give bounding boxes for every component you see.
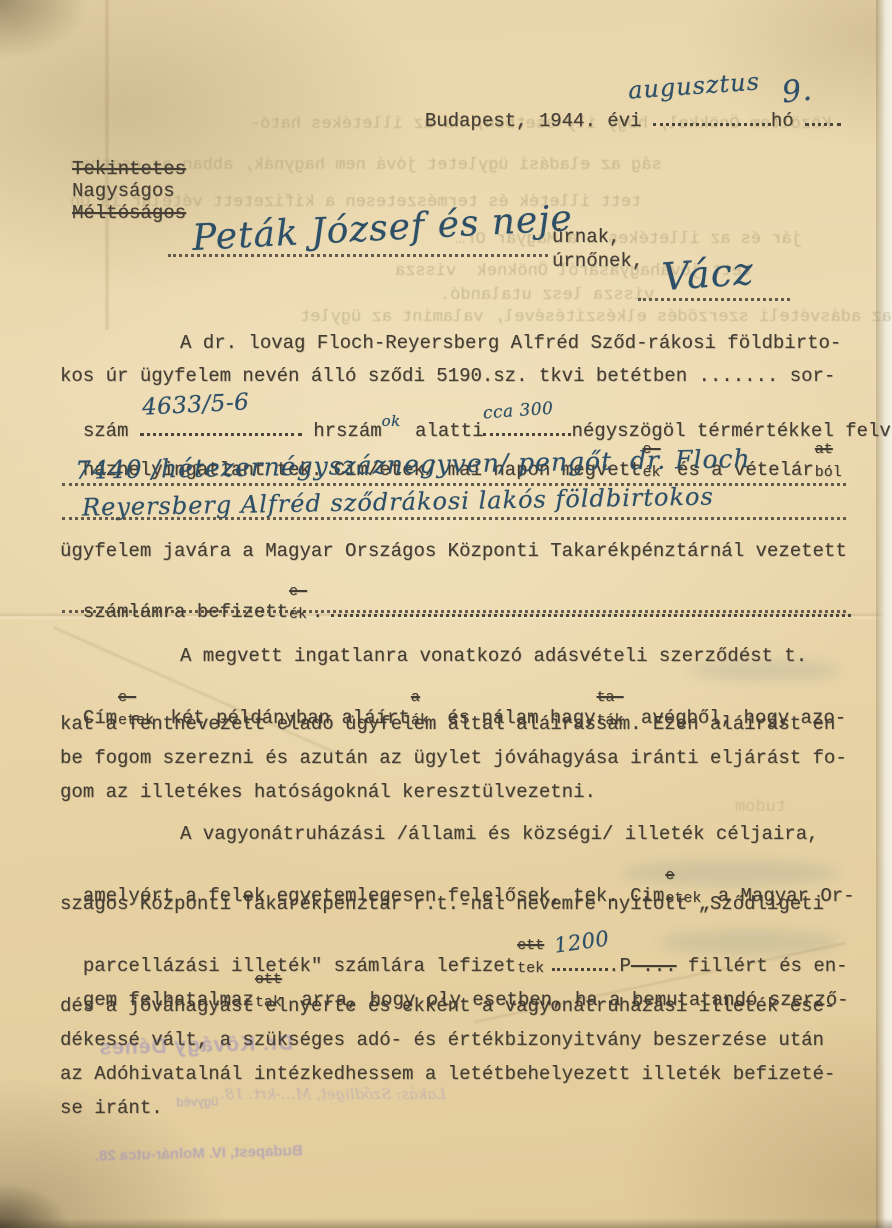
typed-line: dékessé vált, a szükséges adó- és értékb… [60,1029,824,1051]
salutation-nagysagos: Nagyságos [72,180,175,202]
handwritten-amount: 1200 [553,927,611,957]
salutation-tekintetes: Tekintetes [72,158,186,180]
correction-singular: ott [255,972,282,987]
stamp-address: Budapest, IV. Molnár-utca 28. [74,1142,324,1166]
salutation-line: Tekintetes [72,158,186,180]
urnak-label: úrnak, [552,226,620,248]
handwritten-parcel-number: 4633/5-6 [141,391,249,419]
trailing-dotted-blank [331,601,851,617]
bleedthrough-line: tudom [735,798,786,817]
correction-singular: at [815,442,833,457]
date-month-blank [653,110,771,126]
correction-singular: ett [517,938,544,953]
handwritten-suffix-ok: ok [382,410,404,432]
bleedthrough-line: vissza lesz utalandó. [440,286,654,305]
salutation-line: Méltóságos [72,202,186,224]
typed-correction: e-ék [288,595,312,617]
salutation-line: Nagyságos [72,180,175,202]
date-line: Budapest, 1944. évi hó [402,88,841,132]
correction-singular: e- [289,584,307,599]
typed-line: kat a fentnevezett eladó ügyfelem által … [60,713,835,735]
date-typed-prefix: Budapest, 1944. évi [425,110,642,132]
scan-edge [0,1218,892,1228]
typed-line: A dr. lovag Floch-Reyersberg Alfréd Sződ… [180,332,841,354]
dotted-line [62,517,846,520]
recipient-dotted-line [168,254,548,257]
correction-singular: e- [118,690,136,705]
date-typed-mid: hó [771,110,794,132]
correction-plural: ból [815,465,842,480]
stamp-address-extra: Lakás: Sződliget, M…-krt. 18. [220,1085,446,1103]
typed-correction: atból [814,453,848,475]
scan-edge [876,0,892,1228]
handwritten-day: 9. [780,72,814,110]
dotted-line [62,610,846,613]
date-day-blank [805,110,841,126]
typed-line-with-corrections: számlámra befizette-ék. [60,573,851,623]
salutation-meltosagos: Méltóságos [72,202,186,224]
typed-line: kos úr ügyfelem nevén álló sződi 5190.sz… [60,365,835,387]
correction-singular: a [411,690,420,705]
correction-singular: ta- [597,690,624,705]
typed-line: be fogom szerezni és azután az ügylet jó… [60,747,847,769]
bleedthrough-line: az adásvételi szerződés elkészítésével, … [300,308,892,327]
typed-line: A megvett ingatlanra vonatkozó adásvétel… [180,645,807,667]
typed-line: ügyfelem javára a Magyar Országos Közpon… [60,540,847,562]
typed-line: gom az illetékes hatóságoknál keresztülv… [60,781,596,803]
typed-line: szágos Központi Takarékpénztár r.t.-nál … [60,893,824,915]
typed-line: az Adóhivatalnál intézkedhessem a letétb… [60,1063,835,1085]
typed-line: se iránt. [60,1097,163,1119]
dotted-line [62,483,846,486]
typed-line: dés a jóváhagyást elnyerte és ekként a v… [60,995,835,1017]
scan-corner-shadow [0,0,90,60]
handwritten-area: cca 300 [483,398,555,425]
correction-singular: e [665,868,674,883]
city-dotted-line [638,298,790,301]
handwritten-city: Vácz [661,249,756,299]
urnonek-label: úrnőnek, [552,250,643,272]
typed-line: A vagyonátruházási /állami és községi/ i… [180,823,819,845]
scanned-document: { "document": { "kind": "typewritten let… [0,0,892,1228]
scan-corner-shadow [0,1182,70,1228]
